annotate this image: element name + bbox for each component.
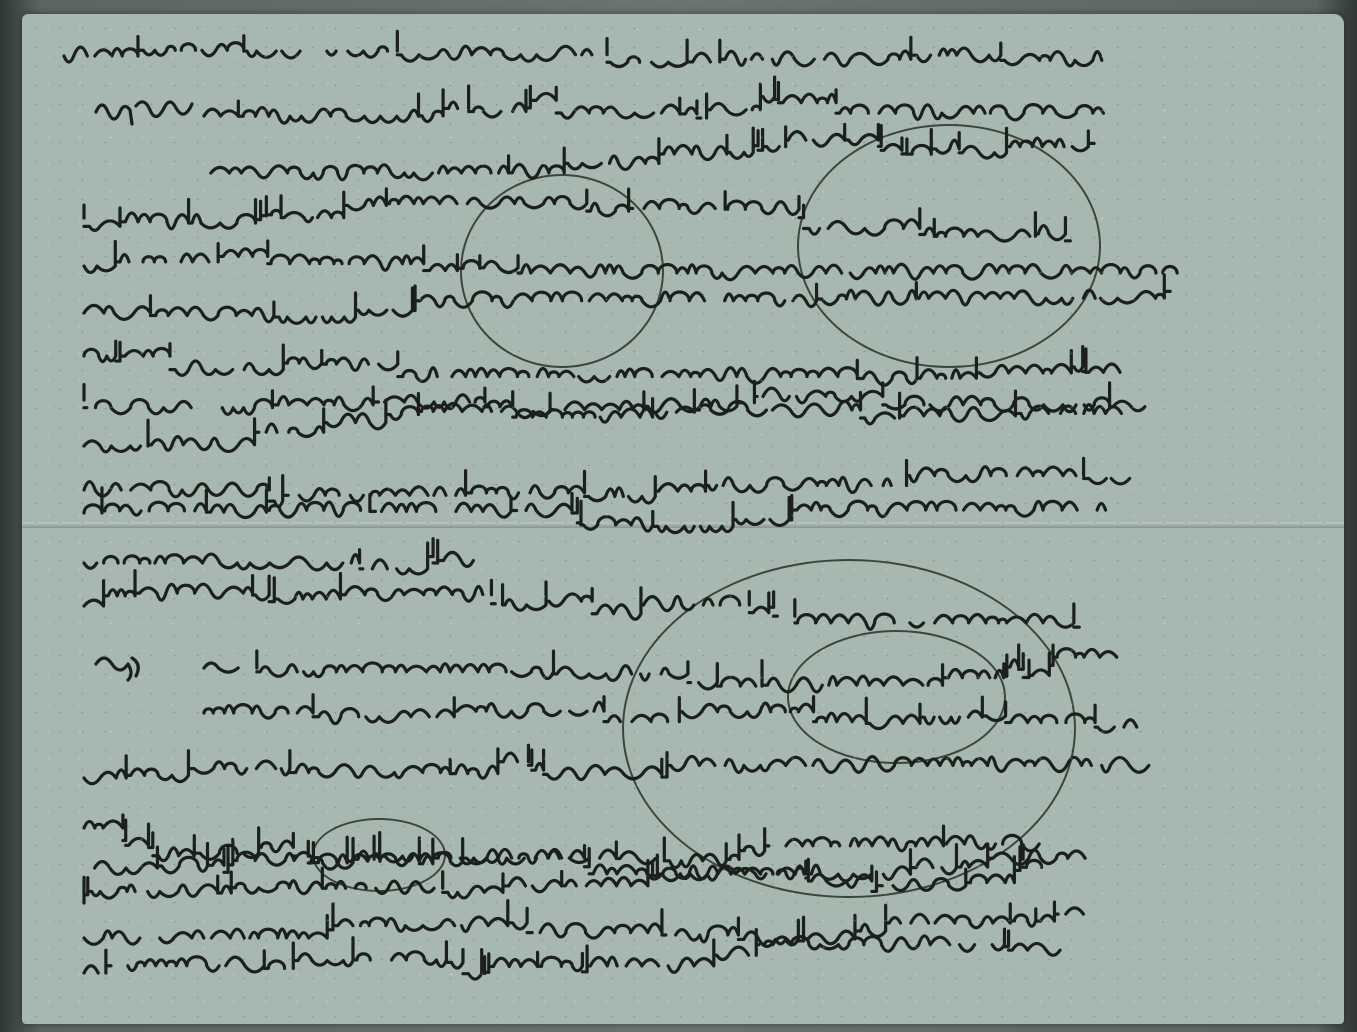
manuscript-line: [82, 332, 1302, 372]
manuscript-line: [202, 689, 1302, 729]
manuscript-line: [82, 879, 1302, 919]
manuscript-line: [82, 949, 1302, 989]
manuscript-line: [82, 194, 1302, 234]
manuscript-line: [82, 242, 1302, 282]
margin-note-top: [92, 88, 202, 128]
manuscript-line: [202, 92, 1302, 132]
manuscript-sheet: [22, 14, 1344, 1024]
manuscript-line: [82, 539, 562, 579]
manuscript-line: [82, 489, 1302, 529]
manuscript-line: [82, 582, 1302, 622]
margin-note-left: [92, 644, 152, 684]
manuscript-line: [82, 754, 1302, 794]
manuscript-line: [62, 32, 1302, 72]
manuscript-line: [82, 289, 1302, 329]
manuscript-line: [202, 644, 1302, 684]
manuscript-line: [202, 149, 1302, 189]
manuscript-line: [82, 422, 1302, 462]
manuscript-line: [82, 914, 1302, 954]
manuscript-line: [82, 804, 1302, 844]
manuscript-line: [82, 844, 1302, 884]
